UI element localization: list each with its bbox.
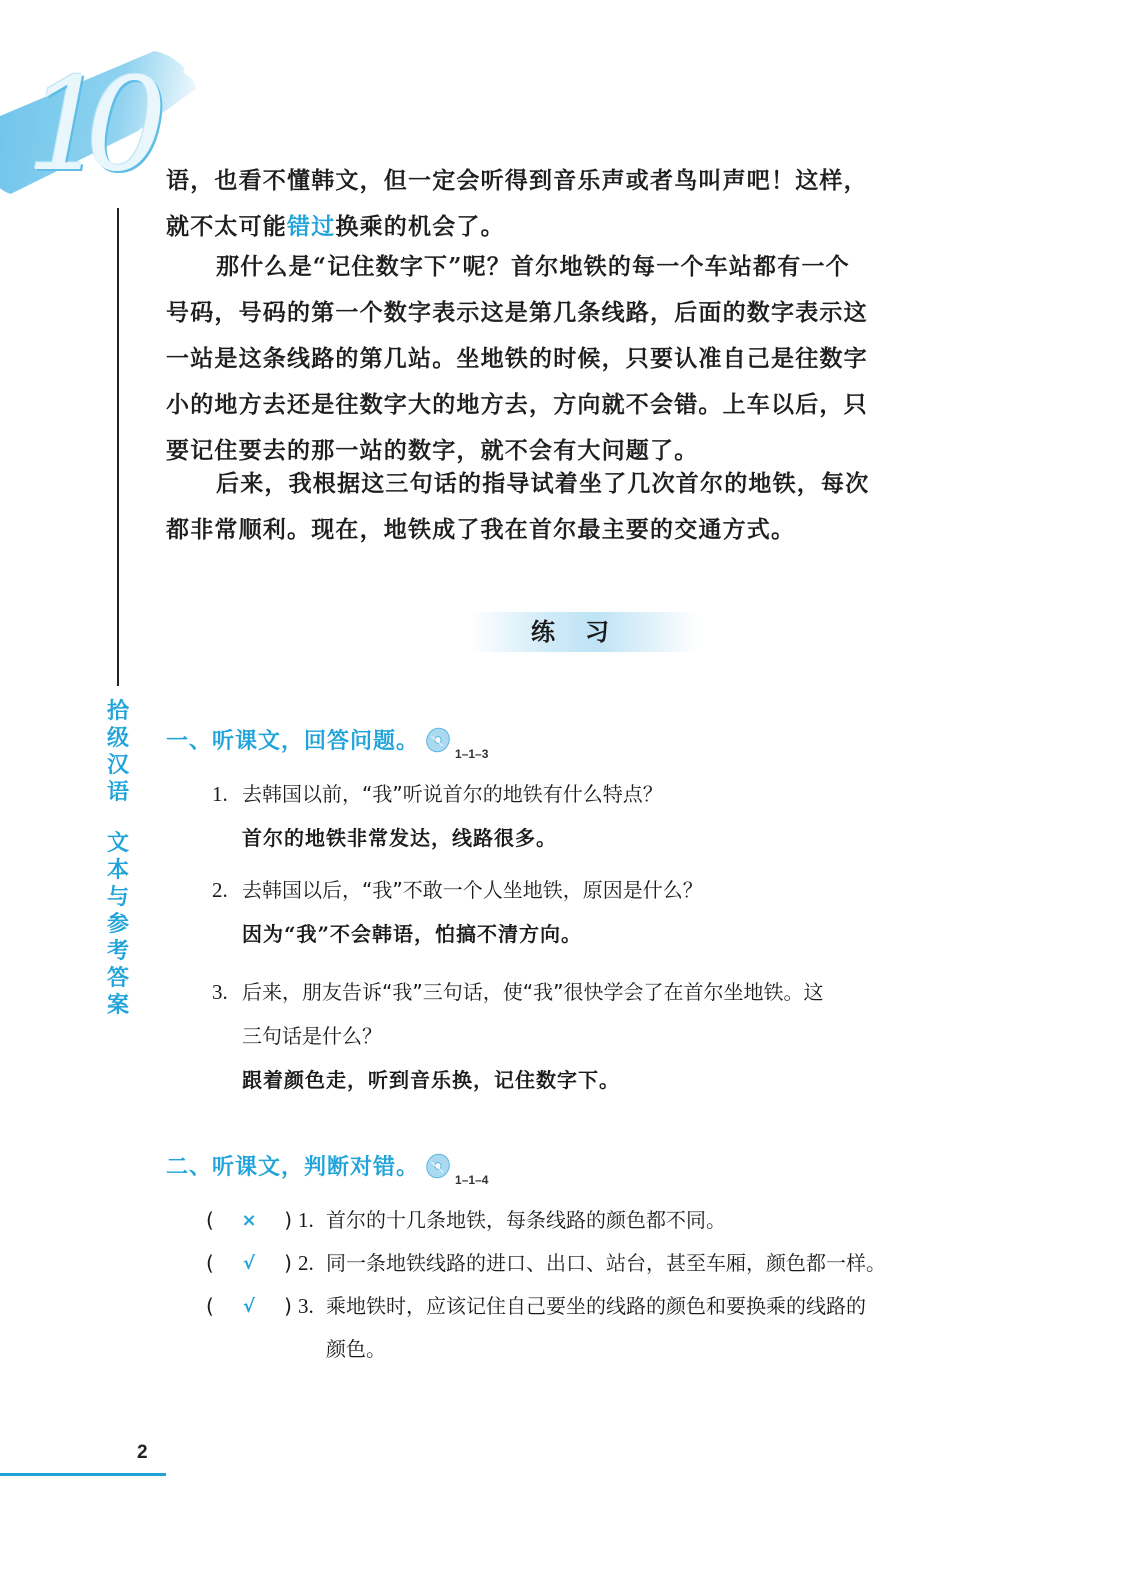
question-number: 1. bbox=[212, 772, 242, 816]
side-char: 答 bbox=[104, 965, 132, 992]
item-number: 1. bbox=[298, 1199, 326, 1242]
exercise-title: 练习 bbox=[470, 612, 700, 652]
tf-item-2: (√) 2. 同一条地铁线路的进口、出口、站台，甚至车厢，颜色都一样。 bbox=[206, 1242, 976, 1285]
false-mark: × bbox=[241, 1199, 256, 1242]
vocab-highlight: 错过 bbox=[287, 213, 335, 240]
paren-close: ) bbox=[284, 1242, 292, 1285]
paren-close: ) bbox=[284, 1199, 292, 1242]
section-2-heading: 二、听课文，判断对错。 1–1–4 bbox=[166, 1150, 488, 1181]
paren-open: ( bbox=[206, 1242, 214, 1285]
statement-text: 乘地铁时，应该记住自己要坐的线路的颜色和要换乘的线路的 颜色。 bbox=[326, 1285, 976, 1371]
section-heading-text: 二、听课文，判断对错。 bbox=[166, 1150, 419, 1181]
text-line: 那什么是“记住数字下”呢？首尔地铁的每一个车站都有一个 bbox=[166, 244, 966, 290]
paragraph-1: 语，也看不懂韩文，但一定会听得到音乐声或者鸟叫声吧！这样， 就不太可能错过换乘的… bbox=[166, 158, 966, 250]
paren-close: ) bbox=[284, 1285, 292, 1371]
question-text: 去韩国以后，“我”不敢一个人坐地铁，原因是什么？ bbox=[242, 878, 703, 902]
question-1: 1.去韩国以前，“我”听说首尔的地铁有什么特点？ 首尔的地铁非常发达，线路很多。 bbox=[212, 772, 972, 860]
paragraph-2: 那什么是“记住数字下”呢？首尔地铁的每一个车站都有一个 号码，号码的第一个数字表… bbox=[166, 244, 966, 474]
question-3: 3.后来，朋友告诉“我”三句话，使“我”很快学会了在首尔坐地铁。这 三句话是什么… bbox=[212, 970, 972, 1102]
text-line: 号码，号码的第一个数字表示这是第几条线路，后面的数字表示这 bbox=[166, 290, 966, 336]
statement-line: 乘地铁时，应该记住自己要坐的线路的颜色和要换乘的线路的 bbox=[326, 1285, 976, 1328]
text-span: 换乘的机会了。 bbox=[335, 213, 504, 240]
tf-item-3: (√) 3. 乘地铁时，应该记住自己要坐的线路的颜色和要换乘的线路的 颜色。 bbox=[206, 1285, 976, 1371]
item-number: 3. bbox=[298, 1285, 326, 1371]
paren-open: ( bbox=[206, 1199, 214, 1242]
answer-text: 因为“我”不会韩语，怕搞不清方向。 bbox=[212, 912, 972, 956]
question-text: 去韩国以前，“我”听说首尔的地铁有什么特点？ bbox=[242, 782, 663, 806]
answer-text: 首尔的地铁非常发达，线路很多。 bbox=[212, 816, 972, 860]
side-char: 本 bbox=[104, 857, 132, 884]
text-line: 都非常顺利。现在，地铁成了我在首尔最主要的交通方式。 bbox=[166, 507, 966, 553]
text-line: 语，也看不懂韩文，但一定会听得到音乐声或者鸟叫声吧！这样， bbox=[166, 158, 966, 204]
audio-cd-icon[interactable] bbox=[425, 727, 451, 753]
true-mark: √ bbox=[243, 1285, 255, 1371]
tf-item-1: (×) 1. 首尔的十几条地铁，每条线路的颜色都不同。 bbox=[206, 1199, 976, 1242]
page-number: 2 bbox=[137, 1442, 148, 1464]
side-char: 参 bbox=[104, 911, 132, 938]
question-number: 2. bbox=[212, 868, 242, 912]
section-heading-text: 一、听课文，回答问题。 bbox=[166, 724, 419, 755]
answer-text: 跟着颜色走，听到音乐换，记住数字下。 bbox=[212, 1058, 972, 1102]
text-span: 就不太可能 bbox=[166, 213, 287, 240]
statement-line: 颜色。 bbox=[326, 1328, 976, 1371]
margin-rule bbox=[117, 208, 119, 686]
paragraph-3: 后来，我根据这三句话的指导试着坐了几次首尔的地铁，每次 都非常顺利。现在，地铁成… bbox=[166, 461, 966, 553]
side-char: 文 bbox=[104, 830, 132, 857]
side-char: 拾 bbox=[104, 698, 132, 725]
side-char: 汉 bbox=[104, 752, 132, 779]
question-text: 后来，朋友告诉“我”三句话，使“我”很快学会了在首尔坐地铁。这 bbox=[242, 980, 823, 1004]
true-mark: √ bbox=[243, 1242, 255, 1285]
audio-cd-icon[interactable] bbox=[425, 1153, 451, 1179]
section-1-heading: 一、听课文，回答问题。 1–1–3 bbox=[166, 724, 488, 755]
question-text-cont: 三句话是什么？ bbox=[212, 1014, 972, 1058]
side-char: 案 bbox=[104, 992, 132, 1019]
item-number: 2. bbox=[298, 1242, 326, 1285]
text-line: 后来，我根据这三句话的指导试着坐了几次首尔的地铁，每次 bbox=[166, 461, 966, 507]
side-char: 与 bbox=[104, 884, 132, 911]
question-number: 3. bbox=[212, 970, 242, 1014]
audio-track-label: 1–1–4 bbox=[455, 1173, 488, 1187]
statement-text: 同一条地铁线路的进口、出口、站台，甚至车厢，颜色都一样。 bbox=[326, 1242, 976, 1285]
paren-open: ( bbox=[206, 1285, 214, 1371]
side-book-title: 拾 级 汉 语 文 本 与 参 考 答 案 bbox=[104, 698, 132, 1019]
footer-rule bbox=[0, 1473, 166, 1476]
text-line: 小的地方去还是往数字大的地方去，方向就不会错。上车以后，只 bbox=[166, 382, 966, 428]
statement-text: 首尔的十几条地铁，每条线路的颜色都不同。 bbox=[326, 1199, 976, 1242]
text-line: 一站是这条线路的第几站。坐地铁的时候，只要认准自己是往数字 bbox=[166, 336, 966, 382]
side-char: 语 bbox=[104, 779, 132, 806]
question-2: 2.去韩国以后，“我”不敢一个人坐地铁，原因是什么？ 因为“我”不会韩语，怕搞不… bbox=[212, 868, 972, 956]
chapter-number: 10 bbox=[26, 62, 145, 190]
side-char: 级 bbox=[104, 725, 132, 752]
audio-track-label: 1–1–3 bbox=[455, 747, 488, 761]
side-char: 考 bbox=[104, 938, 132, 965]
